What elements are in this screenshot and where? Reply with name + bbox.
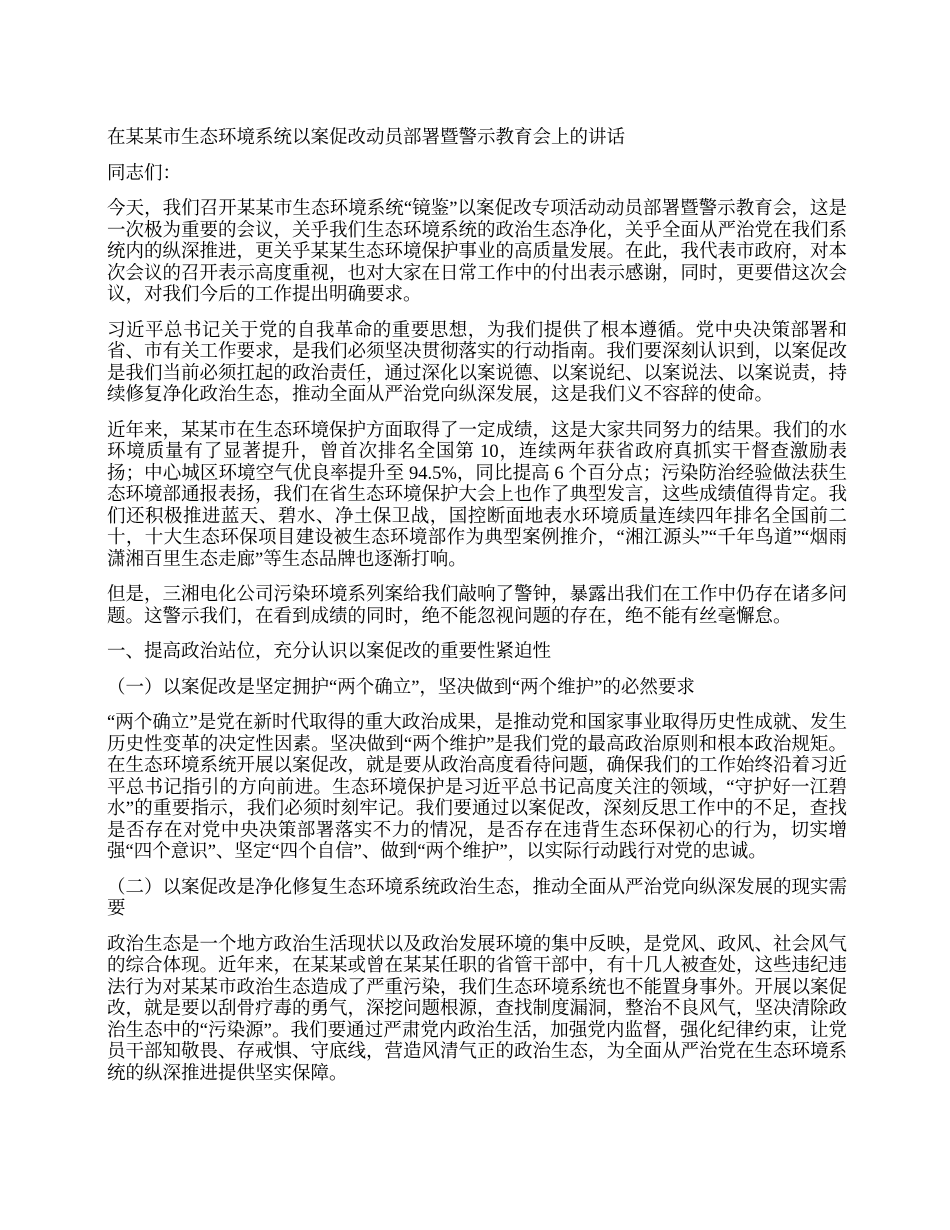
subsection-heading: （一）以案促改是坚定拥护“两个确立”，坚决做到“两个维护”的必然要求: [107, 678, 847, 700]
section-heading: 一、提高政治站位，充分认识以案促改的重要性紧迫性: [107, 642, 847, 664]
salutation: 同志们：: [107, 164, 847, 186]
document-title: 在某某市生态环境系统以案促改动员部署暨警示教育会上的讲话: [107, 128, 847, 150]
body-paragraph: 近年来，某某市在生态环境保护方面取得了一定成绩，这是大家共同努力的结果。我们的水…: [107, 421, 847, 572]
body-paragraph: “两个确立”是党在新时代取得的重大政治成果，是推动党和国家事业取得历史性成就、发…: [107, 713, 847, 864]
body-paragraph: 习近平总书记关于党的自我革命的重要思想，为我们提供了根本遵循。党中央决策部署和省…: [107, 321, 847, 407]
document-content: 在某某市生态环境系统以案促改动员部署暨警示教育会上的讲话 同志们： 今天，我们召…: [107, 128, 847, 1099]
subsection-heading: （二）以案促改是净化修复生态环境系统政治生态，推动全面从严治党向纵深发展的现实需…: [107, 878, 847, 921]
body-paragraph: 但是，三湘电化公司污染环境系列案给我们敲响了警钟，暴露出我们在工作中仍存在诸多问…: [107, 585, 847, 628]
body-paragraph: 政治生态是一个地方政治生活现状以及政治发展环境的集中反映，是党风、政风、社会风气…: [107, 935, 847, 1086]
opening-paragraph: 今天，我们召开某某市生态环境系统“镜鉴”以案促改专项活动动员部署暨警示教育会，这…: [107, 199, 847, 307]
document-page: 在某某市生态环境系统以案促改动员部署暨警示教育会上的讲话 同志们： 今天，我们召…: [0, 0, 950, 1230]
